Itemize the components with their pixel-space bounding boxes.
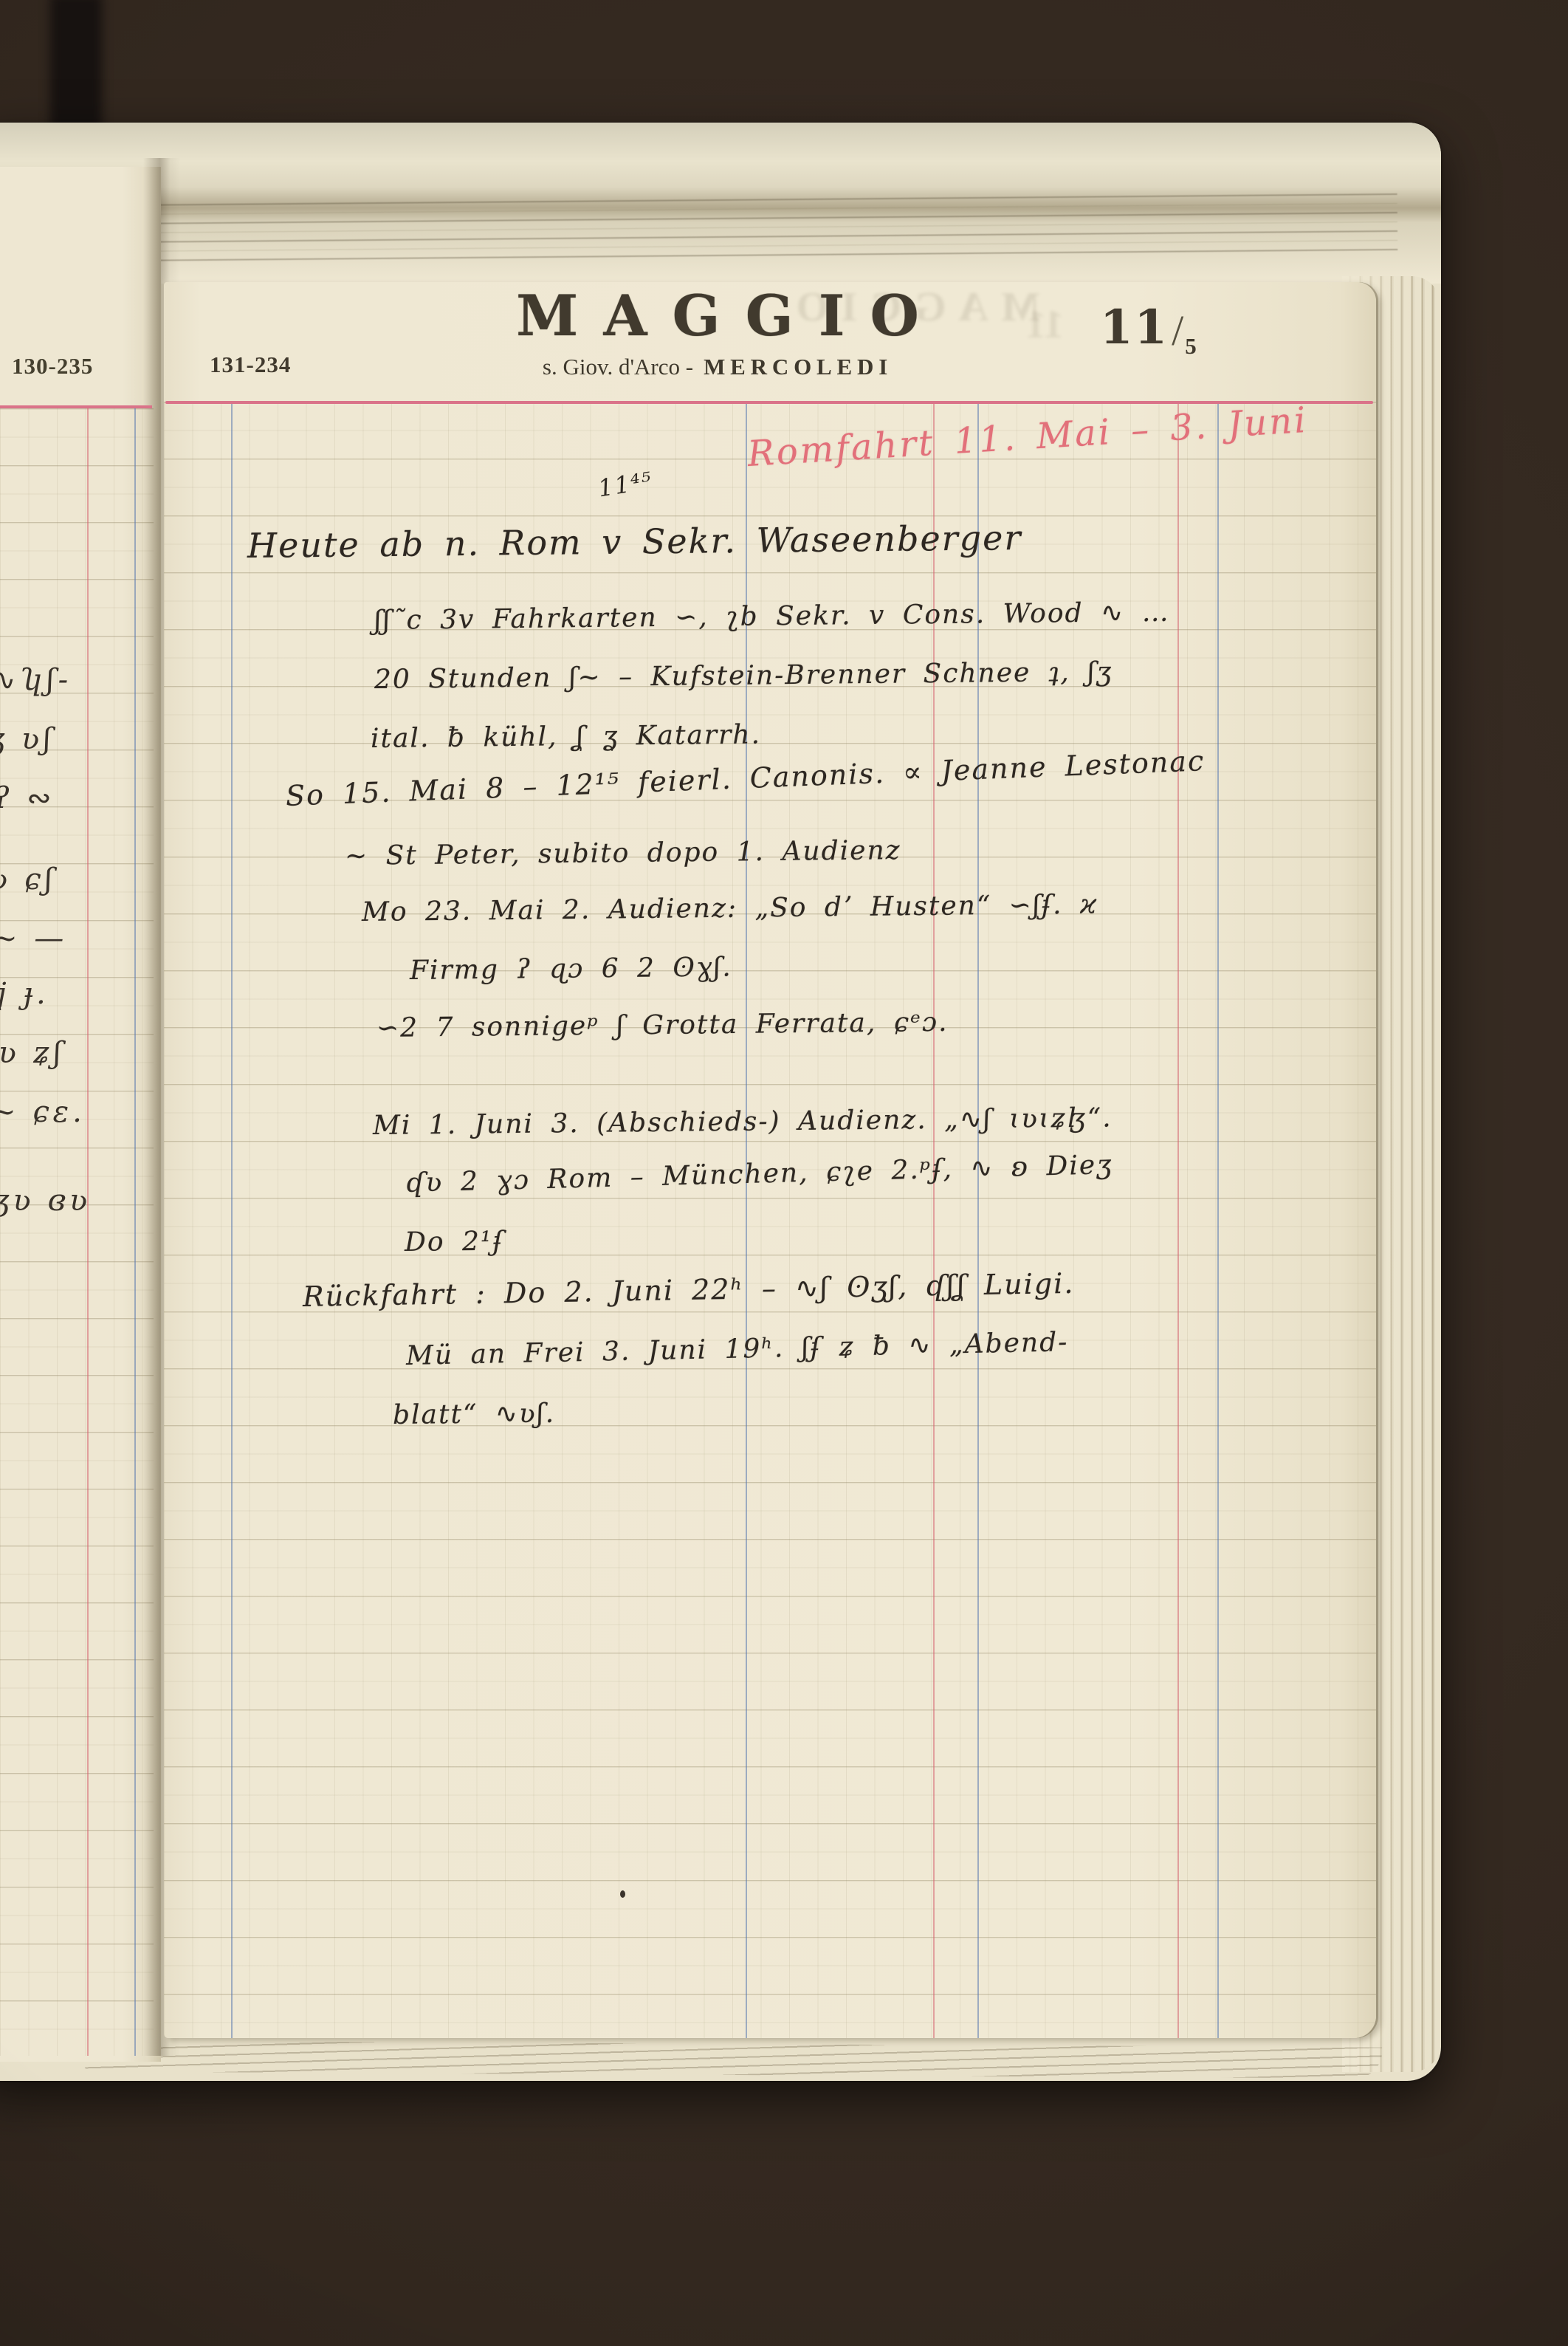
handwriting-fragment: ʃʋ ʑʃ	[0, 1036, 65, 1070]
diary-line: ∼ St Peter, subito dopo 1. Audienz	[345, 835, 901, 871]
handwriting-fragment: ∿ʮʃ-	[0, 663, 72, 697]
diary-line: ∽2 7 sonnigeᵖ ʃ Grotta Ferrata, ɕᵉɔ.	[376, 1007, 949, 1043]
red-rule-vertical	[1177, 402, 1179, 2038]
handwriting-fragment: ʒʋ ɞʋ	[0, 1184, 91, 1218]
blue-rule-vertical	[746, 402, 747, 2038]
left-page-number: 130-235	[12, 353, 93, 380]
left-page-blue-rule-vertical	[134, 408, 136, 2056]
blue-rule-vertical	[977, 402, 979, 2038]
diary-line: Firmg ʔ ɋɔ 6 2 ʘɣʃ.	[410, 952, 732, 986]
day-month-separator: /	[1172, 306, 1183, 354]
blue-rule-vertical	[1217, 402, 1219, 2038]
header-red-rule-left	[0, 405, 152, 408]
saint-day-row: s. Giov. d'Arco -MERCOLEDI	[164, 354, 1271, 380]
left-page-sliver: 130-235 ∿ʮʃ- ʓ ʋʃ ʔ ∾ ʋ ɕʃ ∼ — ʝ ɟ. ʃʋ ʑ…	[0, 167, 161, 2062]
blue-rule-vertical	[231, 402, 233, 2038]
header-red-rule	[165, 401, 1373, 404]
handwriting-fragment: ∼ ɕɛ.	[0, 1095, 86, 1129]
diary-line: ital. ƀ kühl, ʆ ʓ Katarrh.	[371, 719, 761, 754]
handwriting-fragment: ʓ ʋʃ	[0, 722, 55, 756]
diary-line: Heute ab n. Rom v Sekr. Waseenberger	[247, 518, 1022, 566]
diary-line: Do 2¹ʄ	[405, 1227, 504, 1258]
left-page-grid	[0, 408, 154, 2056]
left-page-red-rule-vertical	[87, 408, 89, 2056]
day-of-month: 11/5	[1100, 300, 1197, 355]
main-page-grid	[164, 402, 1376, 2038]
weekday-label: MERCOLEDI	[704, 354, 893, 380]
main-page: MAGGIO 11 MAGGIO 131-234 s. Giov. d'Arco…	[164, 282, 1376, 2038]
saint-name: s. Giov. d'Arco -	[543, 354, 693, 380]
handwriting-fragment: ʋ ɕʃ	[0, 862, 56, 896]
handwriting-fragment: ∼ —	[0, 922, 67, 956]
top-page-edge-lines	[32, 193, 1397, 264]
month-number: 5	[1185, 333, 1197, 359]
scanned-diary-photo: 130-235 ∿ʮʃ- ʓ ʋʃ ʔ ∾ ʋ ɕʃ ∼ — ʝ ɟ. ʃʋ ʑ…	[0, 0, 1568, 2346]
day-number: 11	[1100, 300, 1169, 355]
red-rule-vertical	[933, 402, 935, 2038]
diary-line: blatt“ ∿ʋʃ.	[393, 1399, 555, 1430]
ink-dot	[620, 1890, 625, 1898]
top-page-edges	[0, 123, 1441, 284]
bottom-page-edges	[84, 2040, 1382, 2078]
handwriting-fragment: ʝ ɟ.	[0, 977, 49, 1011]
handwriting-fragment: ʔ ∾	[0, 781, 55, 815]
